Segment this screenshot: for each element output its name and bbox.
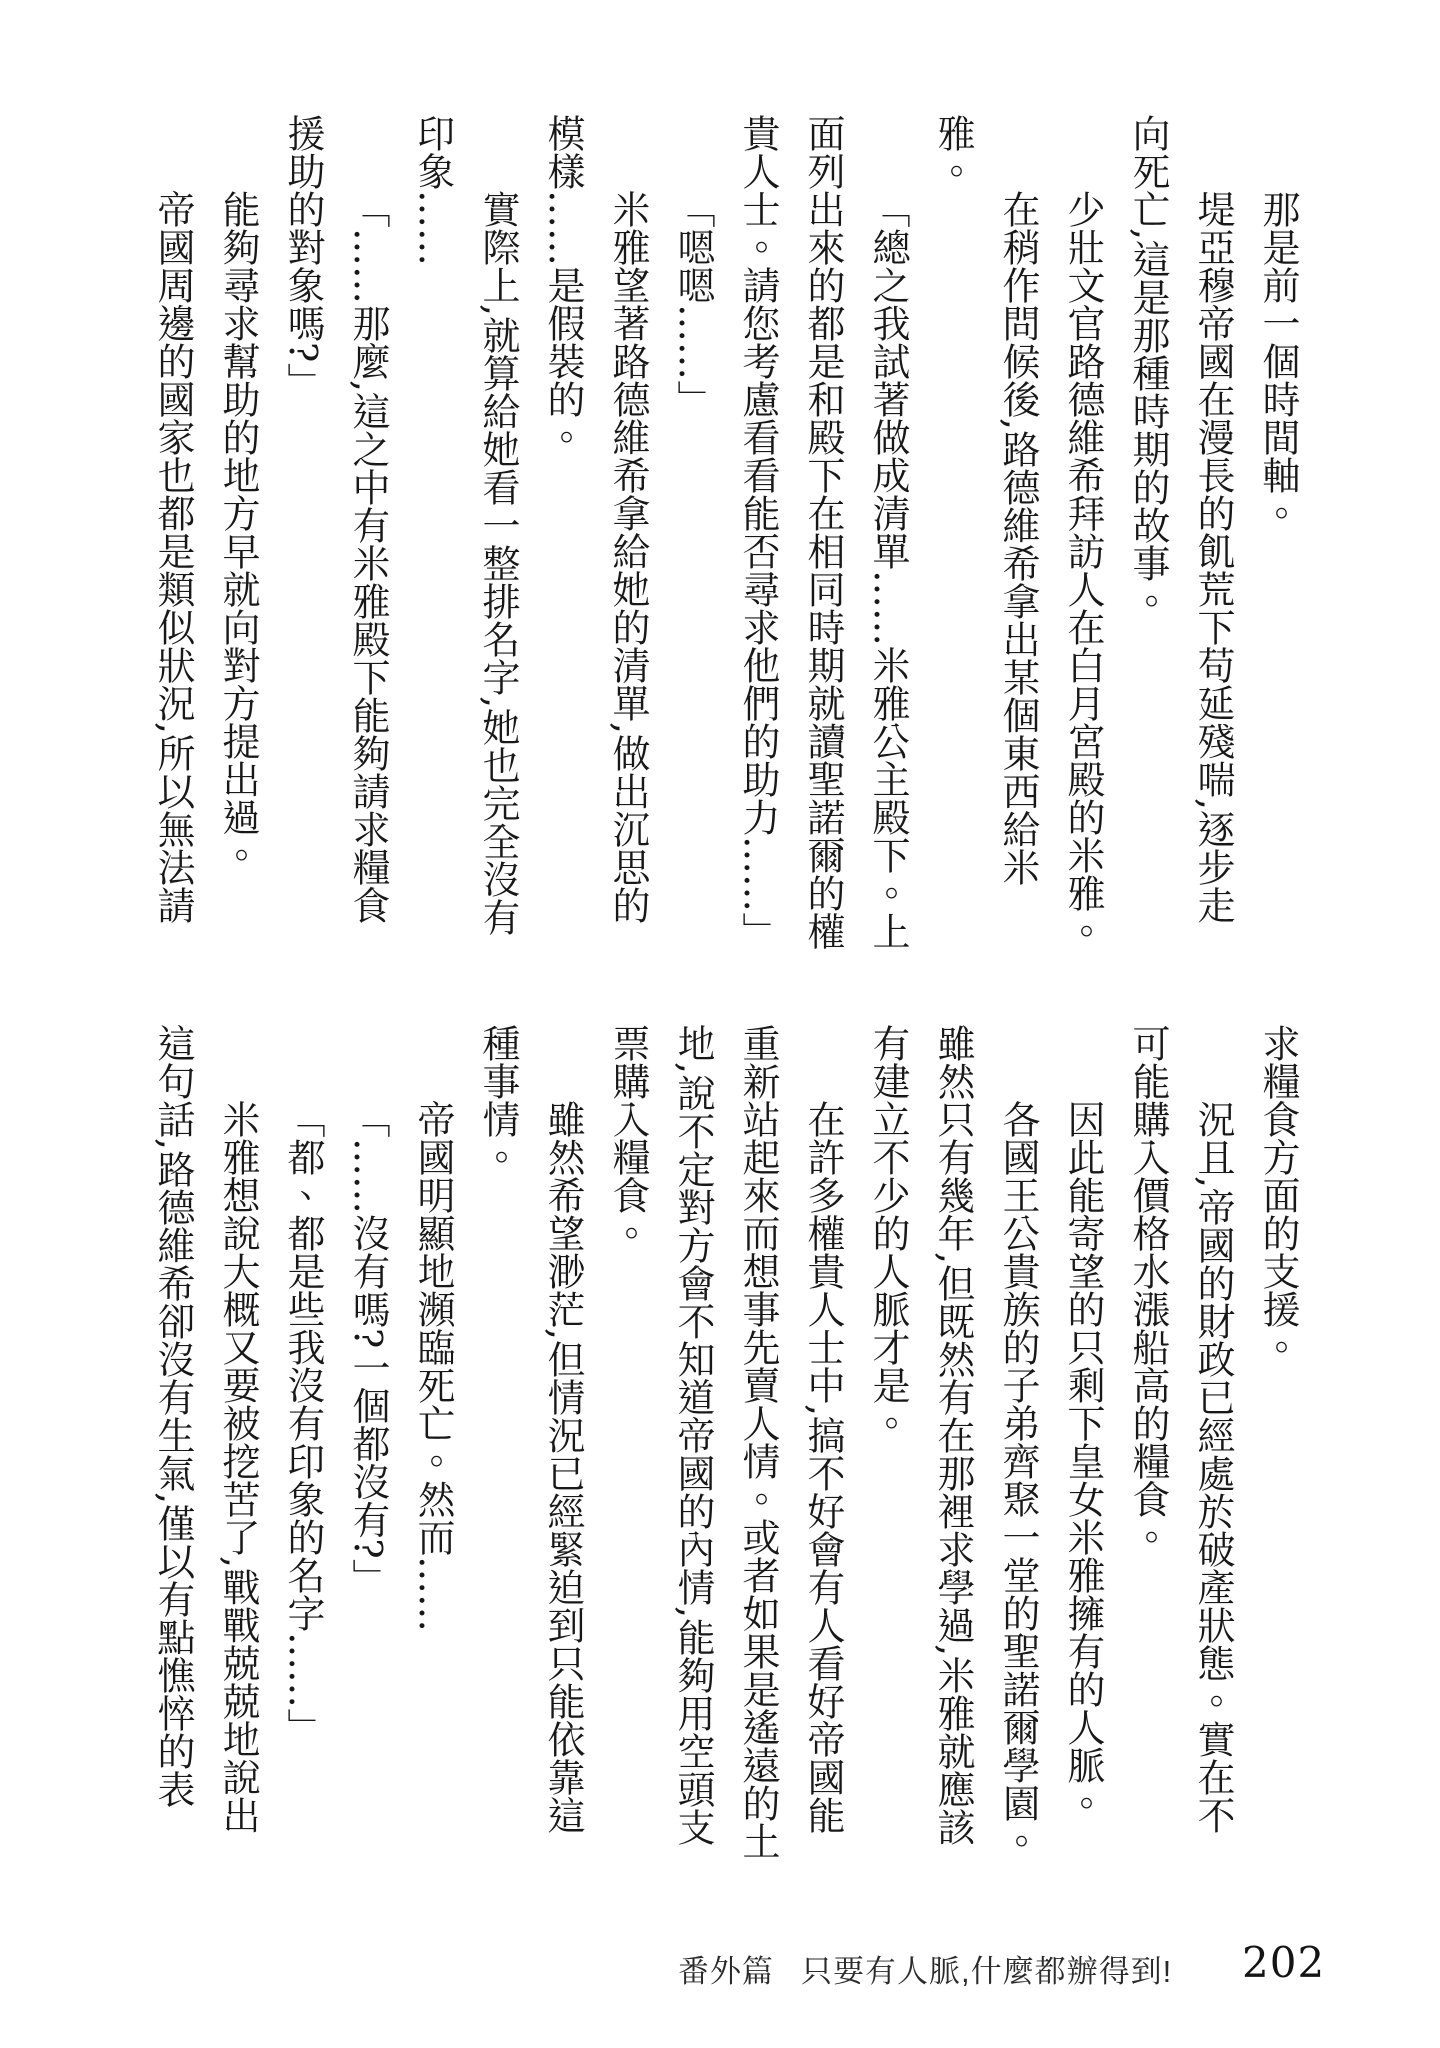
paragraph: 況且,帝國的財政已經處於破產狀態。實在不可能購入價格水漲船高的糧食。 <box>1115 1024 1245 1860</box>
paragraph-dialogue: 「嗯嗯……」 <box>660 114 725 950</box>
paragraph: 米雅望著路德維希拿給她的清單,做出沉思的模樣……是假裝的。 <box>530 114 660 950</box>
page-footer: 番外篇只要有人脈,什麼都辦得到! 202 <box>0 1936 1440 1996</box>
paragraph: 少壯文官路德維希拜訪人在白月宮殿的米雅。 <box>1050 114 1115 950</box>
paragraph: 能夠尋求幫助的地方早就向對方提出過。 <box>205 114 270 950</box>
footer-section-label: 番外篇 <box>678 1954 774 1989</box>
paragraph-continuation: 求糧食方面的支援。 <box>1245 1024 1310 1860</box>
paragraph: 那是前一個時間軸。 <box>1245 114 1310 950</box>
book-page: 那是前一個時間軸。 堤亞穆帝國在漫長的飢荒下苟延殘喘,逐步走向死亡,這是那種時期… <box>0 0 1440 2048</box>
paragraph: 雖然希望渺茫,但情況已經緊迫到只能依靠這種事情。 <box>465 1024 595 1860</box>
text-block-bottom: 求糧食方面的支援。 況且,帝國的財政已經處於破產狀態。實在不可能購入價格水漲船高… <box>136 1024 1310 1860</box>
running-title: 番外篇只要有人脈,什麼都辦得到! <box>678 1946 1172 1991</box>
paragraph: 實際上,就算給她看一整排名字,她也完全沒有印象…… <box>400 114 530 950</box>
paragraph: 米雅想說大概又要被挖苦了,戰戰兢兢地說出這句話,路德維希卻沒有生氣,僅以有點憔悴… <box>140 1024 270 1860</box>
paragraph: 堤亞穆帝國在漫長的飢荒下苟延殘喘,逐步走向死亡,這是那種時期的故事。 <box>1115 114 1245 950</box>
paragraph: 各國王公貴族的子弟齊聚一堂的聖諾爾學園。雖然只有幾年,但既然有在那裡求學過,米雅… <box>855 1024 1050 1860</box>
text-block-top: 那是前一個時間軸。 堤亞穆帝國在漫長的飢荒下苟延殘喘,逐步走向死亡,這是那種時期… <box>136 114 1310 950</box>
page-number: 202 <box>1242 1938 1325 1987</box>
paragraph-dialogue: 「……那麼,這之中有米雅殿下能夠請求糧食援助的對象嗎?」 <box>270 114 400 950</box>
paragraph: 在稍作問候後,路德維希拿出某個東西給米雅。 <box>920 114 1050 950</box>
paragraph-dialogue: 「總之我試著做成清單……米雅公主殿下。上面列出來的都是和殿下在相同時期就讀聖諾爾… <box>725 114 920 950</box>
footer-chapter-title: 只要有人脈,什麼都辦得到! <box>801 1954 1172 1989</box>
paragraph: 在許多權貴人士中,搞不好會有人看好帝國能重新站起來而想事先賣人情。或者如果是遙遠… <box>595 1024 855 1860</box>
paragraph-dialogue: 「……沒有嗎?一個都沒有?」 <box>335 1024 400 1860</box>
paragraph: 帝國明顯地瀕臨死亡。然而…… <box>400 1024 465 1860</box>
paragraph: 帝國周邊的國家也都是類似狀況,所以無法請 <box>140 114 205 950</box>
paragraph-dialogue: 「都、都是些我沒有印象的名字……」 <box>270 1024 335 1860</box>
paragraph: 因此能寄望的只剩下皇女米雅擁有的人脈。 <box>1050 1024 1115 1860</box>
